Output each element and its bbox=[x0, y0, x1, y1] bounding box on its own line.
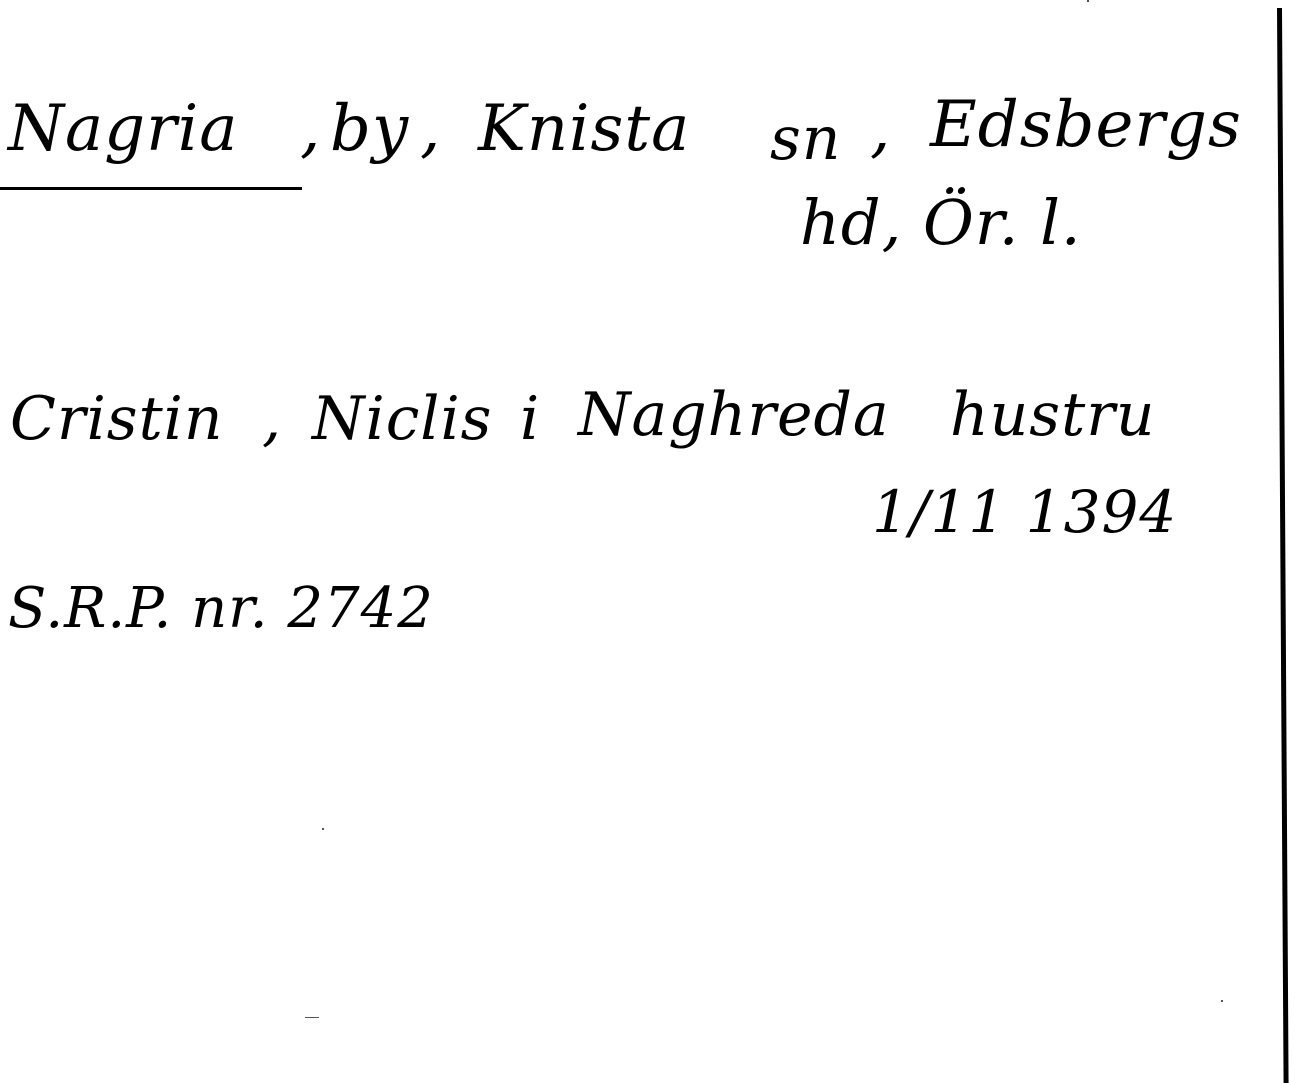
separator: , bbox=[420, 92, 441, 166]
entry-place: Naghreda bbox=[578, 380, 890, 450]
entry-date: 1/11 1394 bbox=[872, 478, 1177, 546]
role: hustru bbox=[950, 380, 1156, 450]
scan-speck bbox=[1221, 1000, 1223, 1002]
scan-speck bbox=[305, 1017, 319, 1018]
parish-name: Knista bbox=[478, 92, 690, 166]
index-card: Nagria , by , Knista sn , Edsbergs hd, Ö… bbox=[0, 0, 1295, 1083]
place-name-heading: Nagria bbox=[8, 92, 238, 166]
card-edge bbox=[1277, 8, 1289, 1083]
person-name: Cristin bbox=[10, 384, 224, 454]
hundred-county-line: hd, Ör. l. bbox=[800, 186, 1082, 259]
place-name-underline bbox=[0, 187, 302, 190]
preposition: i bbox=[520, 384, 540, 454]
separator: , bbox=[870, 92, 891, 166]
relation-name: Niclis bbox=[312, 384, 492, 454]
scan-speck bbox=[322, 828, 324, 830]
scan-speck bbox=[1087, 0, 1089, 2]
separator: , bbox=[300, 92, 321, 166]
parish-abbrev: sn bbox=[770, 104, 841, 174]
hundred-name: Edsbergs bbox=[930, 88, 1242, 162]
separator: , bbox=[262, 384, 282, 454]
settlement-kind: by bbox=[330, 92, 409, 166]
source-reference: S.R.P. nr. 2742 bbox=[8, 576, 434, 641]
